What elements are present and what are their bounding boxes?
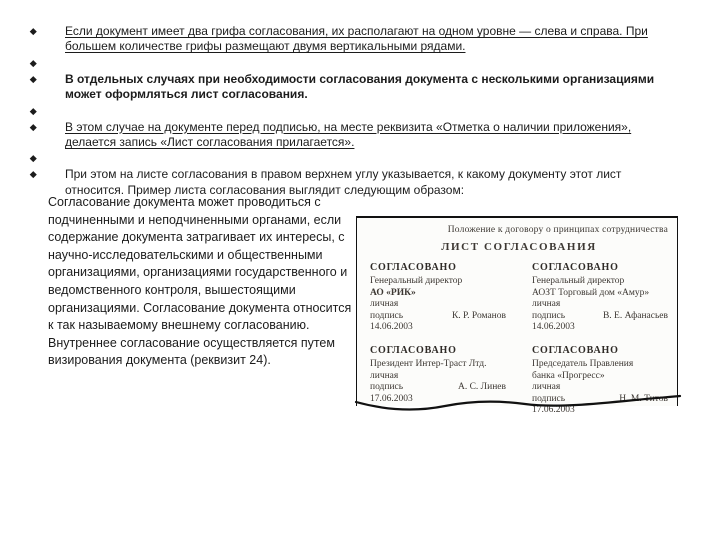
signature-word: подпись xyxy=(370,311,403,323)
bullet-item-empty xyxy=(22,151,664,166)
approval-sheet-scan: Положение к договору о принципах сотрудн… xyxy=(356,216,678,406)
bullet-item: В отдельных случаях при необходимости со… xyxy=(22,72,664,103)
bullet-item: В этом случае на документе перед подпись… xyxy=(22,120,664,151)
signature-word: подпись xyxy=(370,382,403,394)
approval-date: 14.06.2003 xyxy=(370,322,506,334)
company-line: АОЗТ Торговый дом «Амур» xyxy=(532,288,668,300)
signature-row: подпись К. Р. Романов xyxy=(370,311,506,323)
position-line: Президент Интер-Траст Лтд. xyxy=(370,359,506,371)
bullet-diamond-icon xyxy=(30,156,36,162)
signer-name: К. Р. Романов xyxy=(452,311,506,323)
bullet-diamond-icon xyxy=(30,108,36,114)
bullet-text: В отдельных случаях при необходимости со… xyxy=(65,72,654,101)
approved-label: СОГЛАСОВАНО xyxy=(370,345,506,356)
signature-word: подпись xyxy=(532,311,565,323)
bullet-diamond-icon xyxy=(30,60,36,66)
bullet-diamond-icon xyxy=(30,124,36,130)
scan-header-reference: Положение к договору о принципах сотрудн… xyxy=(370,225,668,235)
presentation-slide: Если документ имеет два грифа согласован… xyxy=(0,0,720,540)
position-line: Генеральный директор xyxy=(532,276,668,288)
signature-row: подпись А. С. Линев xyxy=(370,382,506,394)
bullet-diamond-icon xyxy=(30,28,36,34)
signature-row: подпись В. Е. Афанасьев xyxy=(532,311,668,323)
scan-title: ЛИСТ СОГЛАСОВАНИЯ xyxy=(370,241,668,253)
approval-date: 14.06.2003 xyxy=(532,322,668,334)
torn-scan-edge xyxy=(355,396,681,416)
approved-label: СОГЛАСОВАНО xyxy=(370,262,506,273)
company-line: АО «РИК» xyxy=(370,288,506,300)
position-line: Генеральный директор xyxy=(370,276,506,288)
company-line: банка «Прогресс» xyxy=(532,371,668,383)
bullet-item: Если документ имеет два грифа согласован… xyxy=(22,24,664,55)
approved-label: СОГЛАСОВАНО xyxy=(532,345,668,356)
signature-kind: личная xyxy=(370,371,506,383)
approval-stamp: СОГЛАСОВАНО Генеральный директор АО «РИК… xyxy=(370,262,506,334)
body-paragraph: Согласование документа может проводиться… xyxy=(48,194,354,370)
bullet-item-empty xyxy=(22,56,664,71)
approved-label: СОГЛАСОВАНО xyxy=(532,262,668,273)
bullet-diamond-icon xyxy=(30,76,36,82)
approval-stamp: СОГЛАСОВАНО Генеральный директор АОЗТ То… xyxy=(532,262,668,334)
bullet-item-empty xyxy=(22,104,664,119)
signature-kind: личная xyxy=(532,299,668,311)
signer-name: А. С. Линев xyxy=(458,382,506,394)
signature-kind: личная xyxy=(532,382,668,394)
bullet-text: Если документ имеет два грифа согласован… xyxy=(65,24,648,53)
position-line: Председатель Правления xyxy=(532,359,668,371)
bullet-text: В этом случае на документе перед подпись… xyxy=(65,120,631,149)
signer-name: В. Е. Афанасьев xyxy=(603,311,668,323)
bullet-diamond-icon xyxy=(30,172,36,178)
bullet-text: При этом на листе согласования в правом … xyxy=(65,167,621,196)
bullet-list: Если документ имеет два грифа согласован… xyxy=(22,24,664,199)
signature-kind: личная xyxy=(370,299,506,311)
